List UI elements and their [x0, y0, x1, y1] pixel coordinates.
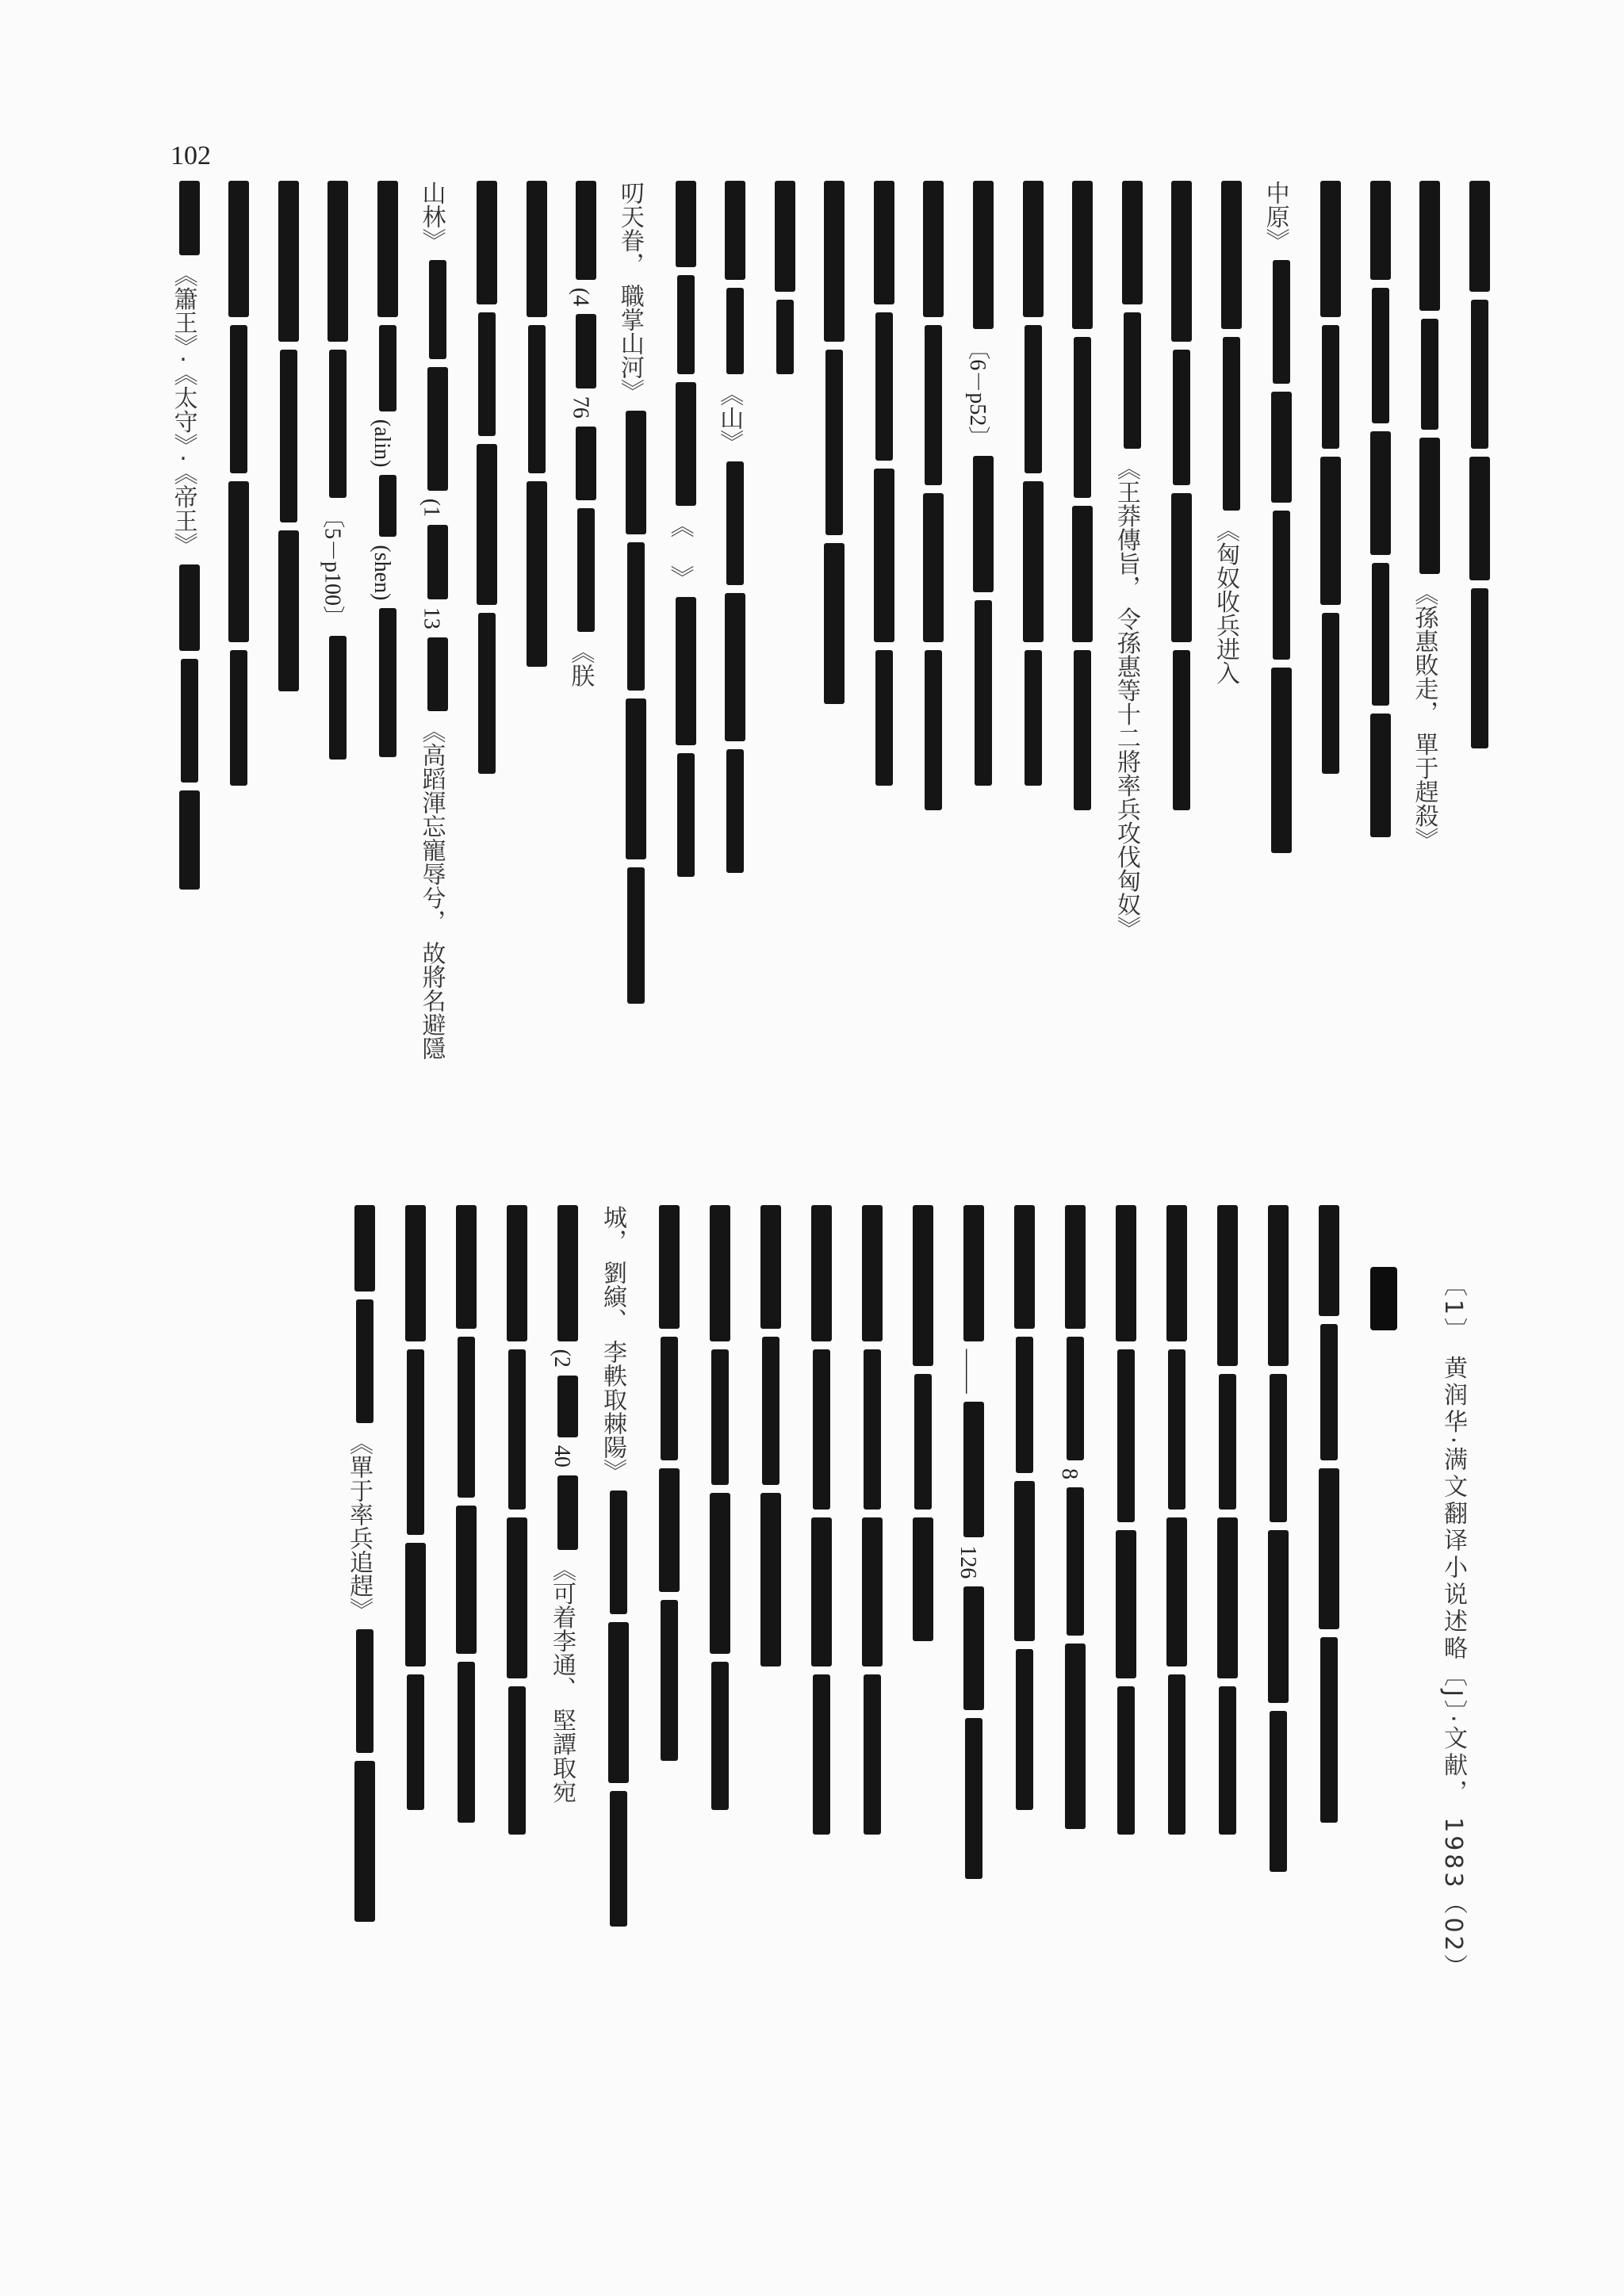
bottom-column — [485, 1205, 536, 2196]
mongolian-word-run — [179, 181, 200, 255]
mongolian-word-run — [1419, 438, 1440, 574]
mongolian-word-run — [230, 650, 247, 786]
chinese-quotation: 《山》 — [715, 382, 743, 453]
bottom-column — [384, 1205, 435, 2196]
citation-number: —— — [956, 1349, 980, 1394]
top-column — [853, 181, 903, 1164]
mongolian-word-run — [862, 1205, 883, 1341]
mongolian-word-run — [478, 312, 496, 436]
mongolian-word-run — [1023, 181, 1044, 317]
mongolian-word-run — [528, 325, 546, 473]
citation-number: (alin) — [370, 419, 394, 468]
mongolian-word-run — [1067, 1337, 1084, 1460]
bottom-column — [993, 1205, 1044, 2196]
chinese-quotation: 叨天眷， — [616, 181, 644, 276]
mongolian-word-run — [278, 181, 299, 342]
top-column: 《匈奴收兵进入 — [1201, 181, 1251, 1164]
mongolian-word-run — [925, 650, 942, 811]
mongolian-word-run — [280, 350, 297, 522]
mongolian-word-run — [179, 790, 200, 890]
mongolian-word-run — [775, 181, 795, 292]
mongolian-word-run — [760, 1493, 781, 1666]
mongolian-word-run — [507, 1205, 527, 1341]
mongolian-word-run — [1469, 181, 1490, 292]
mongolian-word-run — [1219, 1686, 1236, 1835]
mongolian-word-run — [508, 1349, 526, 1510]
mongolian-word-run — [864, 1349, 881, 1510]
chinese-quotation: 《 》 — [666, 514, 694, 589]
bottom-column — [1145, 1205, 1196, 2196]
mongolian-word-run — [1319, 1205, 1339, 1316]
top-column: 《山》 — [705, 181, 755, 1164]
mongolian-word-run — [1219, 1374, 1236, 1510]
reference-text: 黄润华·满文翻译小说述略〔J〕·文献， — [1439, 1356, 1467, 1807]
mongolian-word-run — [576, 314, 596, 388]
mongolian-word-run — [356, 1299, 373, 1423]
citation-number: 8 — [1057, 1468, 1082, 1479]
mongolian-word-run — [181, 659, 198, 783]
mongolian-word-run — [527, 481, 547, 667]
mongolian-word-run — [1171, 181, 1192, 342]
mongolian-word-run — [1270, 1711, 1287, 1872]
top-column — [804, 181, 854, 1164]
chinese-quotation: 山林》 — [418, 181, 446, 252]
top-column — [1300, 181, 1350, 1164]
mongolian-word-run — [379, 608, 396, 756]
citation-number: (4 — [568, 288, 592, 306]
mongolian-word-run — [610, 1791, 627, 1927]
chinese-quotation: 城， — [599, 1205, 626, 1253]
top-column: 《王莽傳旨，令孫惠等十二將率兵攻伐匈奴》 — [1101, 181, 1151, 1164]
mongolian-word-run — [874, 181, 894, 304]
chinese-quotation: 劉縯、 — [599, 1261, 626, 1332]
mongolian-word-run — [1168, 1349, 1185, 1510]
mongolian-word-run — [726, 461, 744, 585]
chinese-quotation: 故將名避隱 — [418, 941, 446, 1060]
mongolian-word-run — [1168, 1674, 1185, 1835]
mongolian-word-run — [874, 469, 894, 641]
mongolian-word-run — [478, 613, 496, 774]
mongolian-word-run — [1370, 181, 1391, 280]
chinese-quotation: 《王莽傳旨， — [1113, 457, 1140, 599]
mongolian-word-run — [913, 1517, 933, 1641]
mongolian-word-run — [875, 650, 893, 786]
mongolian-word-run — [1320, 1637, 1338, 1823]
mongolian-word-run — [456, 1205, 477, 1329]
top-column — [754, 181, 804, 1164]
mongolian-word-run — [1419, 181, 1440, 311]
bottom-column — [688, 1205, 739, 2196]
mongolian-word-run — [626, 698, 646, 859]
mongolian-word-run — [379, 325, 396, 411]
mongolian-word-run — [1166, 1517, 1187, 1666]
top-column — [1002, 181, 1052, 1164]
mongolian-word-run — [726, 288, 744, 374]
mongolian-word-run — [1217, 1205, 1238, 1366]
mongolian-word-run — [1016, 1337, 1033, 1473]
mongolian-word-run — [726, 749, 744, 873]
mongolian-word-run — [1273, 511, 1290, 659]
top-column — [209, 181, 259, 1164]
mongolian-word-run — [429, 260, 446, 359]
mongolian-word-run — [923, 181, 944, 317]
mongolian-word-run — [711, 1349, 729, 1486]
bottom-column: 城，劉縯、李軼取棘陽》 — [587, 1205, 638, 2196]
top-column: 〔6－p52〕 — [952, 181, 1002, 1164]
mongolian-word-run — [1166, 1205, 1187, 1341]
mongolian-word-run — [627, 542, 645, 691]
mongolian-word-run — [576, 181, 596, 280]
mongolian-word-run — [427, 367, 448, 491]
mongolian-word-run — [1065, 1644, 1086, 1829]
mongolian-word-run — [179, 564, 200, 651]
top-column: (476《朕 — [556, 181, 606, 1164]
mongolian-word-run — [973, 456, 994, 592]
mongolian-word-run — [725, 593, 745, 741]
references-heading — [1370, 1267, 1397, 1330]
mongolian-word-run — [354, 1761, 375, 1922]
mongolian-word-run — [925, 325, 942, 486]
mongolian-word-run — [1370, 431, 1391, 555]
mongolian-word-run — [659, 1205, 680, 1329]
mongolian-word-run — [230, 325, 247, 473]
bottom-column — [790, 1205, 841, 2196]
mongolian-word-run — [813, 1674, 830, 1835]
mongolian-word-run — [824, 181, 845, 342]
chinese-quotation: 《孫惠敗走， — [1410, 582, 1438, 725]
mongolian-word-run — [1067, 1487, 1084, 1636]
mongolian-word-run — [677, 753, 695, 877]
mongolian-word-run — [811, 1205, 832, 1341]
mongolian-word-run — [914, 1374, 932, 1510]
mongolian-word-run — [327, 181, 348, 342]
mongolian-word-run — [1322, 613, 1339, 774]
top-column — [506, 181, 556, 1164]
mongolian-word-run — [407, 1674, 424, 1811]
mongolian-word-run — [1271, 392, 1292, 503]
top-column — [258, 181, 308, 1164]
top-column — [903, 181, 953, 1164]
mongolian-word-run — [1124, 312, 1141, 449]
mongolian-word-run — [354, 1205, 375, 1291]
mongolian-word-run — [710, 1493, 730, 1654]
mongolian-word-run — [557, 1376, 578, 1437]
bottom-column — [739, 1205, 790, 2196]
mongolian-word-run — [676, 181, 696, 267]
mongolian-word-run — [1270, 1374, 1287, 1522]
bottom-column — [1094, 1205, 1145, 2196]
mongolian-word-run — [973, 181, 994, 329]
mongolian-word-run — [608, 1622, 629, 1783]
top-column: 叨天眷，職掌山河》 — [605, 181, 655, 1164]
mongolian-word-run — [676, 382, 696, 506]
mongolian-word-run — [610, 1490, 627, 1614]
bottom-column — [891, 1205, 942, 2196]
mongolian-word-run — [1370, 714, 1391, 837]
mongolian-word-run — [965, 1718, 982, 1879]
bottom-column: (240《可着李通、堅譚取宛 — [536, 1205, 587, 2196]
mongolian-word-run — [508, 1686, 526, 1835]
mongolian-word-run — [661, 1337, 678, 1460]
mongolian-word-run — [377, 181, 398, 317]
mongolian-word-run — [677, 275, 695, 374]
mongolian-word-run — [458, 1337, 475, 1498]
mongolian-word-run — [456, 1506, 477, 1654]
mongolian-word-run — [725, 181, 745, 280]
mongolian-word-run — [1065, 1205, 1086, 1329]
top-column — [1052, 181, 1102, 1164]
mongolian-word-run — [1372, 563, 1389, 705]
mongolian-word-run — [1074, 650, 1091, 811]
mongolian-word-run — [676, 597, 696, 745]
mongolian-word-run — [1173, 650, 1190, 811]
mongolian-word-run — [710, 1205, 730, 1341]
chinese-quotation: 《高蹈渾忘寵辱兮， — [418, 719, 446, 933]
bottom-column — [435, 1205, 485, 2196]
top-column: 《孫惠敗走，單于趕殺》 — [1400, 181, 1450, 1164]
mongolian-word-run — [825, 350, 843, 535]
top-column — [1151, 181, 1201, 1164]
mongolian-word-run — [1273, 260, 1290, 384]
bottom-column: ——126 — [942, 1205, 993, 2196]
mongolian-word-run — [1072, 181, 1093, 329]
mongolian-word-run — [329, 636, 347, 760]
mongolian-word-run — [1116, 1205, 1136, 1341]
mongolian-word-run — [458, 1662, 475, 1823]
mongolian-word-run — [1016, 1649, 1033, 1810]
mongolian-word-run — [1469, 457, 1490, 580]
mongolian-word-run — [864, 1674, 881, 1835]
mongolian-word-run — [576, 427, 596, 501]
mongolian-word-run — [1268, 1530, 1289, 1703]
top-column: 《簫王》·《太守》·《帝王》 — [159, 181, 209, 1164]
top-column: (alin)(shen) — [357, 181, 407, 1164]
chinese-quotation: 中原》 — [1262, 181, 1289, 252]
chinese-quotation: 《簫王》·《太守》·《帝王》 — [170, 263, 197, 557]
citation-number: (shen) — [370, 545, 394, 600]
mongolian-word-run — [557, 1205, 578, 1341]
chinese-quotation: 堅譚取宛 — [548, 1709, 576, 1804]
mongolian-word-run — [1271, 668, 1292, 853]
mongolian-word-run — [356, 1629, 373, 1753]
mongolian-word-run — [1116, 1530, 1136, 1678]
mongolian-word-run — [477, 181, 497, 304]
mongolian-word-run — [1372, 288, 1389, 424]
mongolian-word-run — [1221, 181, 1242, 329]
page-number: 102 — [170, 141, 211, 171]
chinese-quotation: 李軼取棘陽》 — [599, 1340, 626, 1483]
bottom-column — [1247, 1205, 1297, 2196]
mongolian-word-run — [1014, 1481, 1035, 1642]
mongolian-word-run — [1421, 319, 1438, 430]
chinese-quotation: 令孫惠等十二將率兵攻伐匈奴》 — [1113, 607, 1140, 940]
reference-item-1: 〔1〕 黄润华·满文翻译小说述略〔J〕·文献， 1983（02） — [1435, 1272, 1470, 1981]
mongolian-word-run — [1471, 300, 1488, 448]
bottom-text-block: 8——126城，劉縯、李軼取棘陽》(240《可着李通、堅譚取宛《單于率兵追趕》 — [159, 1205, 1348, 2196]
mongolian-word-run — [811, 1517, 832, 1666]
mongolian-word-run — [711, 1662, 729, 1810]
top-column: 中原》 — [1251, 181, 1300, 1164]
citation-number: 126 — [956, 1545, 980, 1578]
mongolian-word-run — [824, 543, 845, 704]
mongolian-word-run — [661, 1600, 678, 1761]
mongolian-word-run — [1117, 1686, 1135, 1835]
mongolian-word-run — [1322, 325, 1339, 449]
mongolian-word-run — [228, 481, 249, 642]
mongolian-word-run — [477, 444, 497, 605]
chinese-quotation: 職掌山河》 — [616, 284, 644, 403]
mongolian-word-run — [577, 508, 595, 632]
mongolian-word-run — [760, 1205, 781, 1329]
top-column: 山林》(113《高蹈渾忘寵辱兮，故將名避隱 — [407, 181, 457, 1164]
citation-number: 〔6－p52〕 — [965, 337, 990, 448]
citation-number: 〔5－p100〕 — [320, 506, 344, 628]
mongolian-word-run — [1268, 1205, 1289, 1366]
mongolian-word-run — [1074, 337, 1091, 498]
mongolian-word-run — [762, 1337, 779, 1485]
citation-number: 40 — [550, 1445, 574, 1468]
citation-number: 13 — [419, 607, 444, 629]
mongolian-word-run — [507, 1517, 527, 1678]
mongolian-word-run — [1320, 457, 1341, 605]
mongolian-word-run — [527, 181, 547, 317]
citation-number: (2 — [550, 1349, 574, 1368]
mongolian-word-run — [963, 1402, 984, 1538]
mongolian-word-run — [228, 181, 249, 317]
bottom-column — [638, 1205, 688, 2196]
top-column: 《 》 — [655, 181, 705, 1164]
chinese-quotation: 《匈奴收兵进入 — [1212, 519, 1239, 685]
mongolian-word-run — [776, 300, 794, 374]
citation-number: 76 — [568, 396, 592, 419]
mongolian-word-run — [1122, 181, 1143, 304]
mongolian-word-run — [427, 637, 448, 712]
bottom-column — [1297, 1205, 1348, 2196]
mongolian-word-run — [1173, 350, 1190, 486]
mongolian-word-run — [407, 1349, 424, 1535]
mongolian-word-run — [913, 1205, 933, 1366]
top-column — [1449, 181, 1499, 1164]
mongolian-word-run — [1117, 1349, 1135, 1522]
mongolian-word-run — [1223, 337, 1240, 510]
bottom-column: 8 — [1044, 1205, 1094, 2196]
bottom-column — [841, 1205, 891, 2196]
mongolian-word-run — [379, 475, 396, 537]
mongolian-word-run — [427, 525, 448, 599]
top-column — [1350, 181, 1400, 1164]
mongolian-word-run — [405, 1205, 426, 1341]
chinese-quotation: 《可着李通、 — [548, 1558, 576, 1701]
mongolian-word-run — [557, 1475, 578, 1550]
mongolian-word-run — [1072, 506, 1093, 642]
top-text-block: 《孫惠敗走，單于趕殺》中原》《匈奴收兵进入《王莽傳旨，令孫惠等十二將率兵攻伐匈奴… — [159, 181, 1499, 1164]
mongolian-word-run — [1025, 325, 1042, 473]
bottom-column — [1196, 1205, 1247, 2196]
mongolian-word-run — [975, 600, 992, 786]
mongolian-word-run — [923, 493, 944, 641]
mongolian-word-run — [278, 530, 299, 691]
citation-number: (1 — [419, 499, 444, 517]
mongolian-word-run — [1320, 181, 1341, 317]
mongolian-word-run — [963, 1205, 984, 1341]
mongolian-word-run — [862, 1517, 883, 1666]
mongolian-word-run — [1025, 650, 1042, 786]
chinese-quotation: 《朕 — [566, 640, 594, 687]
chinese-quotation: 《單于率兵追趕》 — [345, 1431, 373, 1621]
mongolian-word-run — [1014, 1205, 1035, 1329]
mongolian-word-run — [875, 312, 893, 461]
reference-year: 1983（02） — [1439, 1817, 1467, 1981]
top-column: 〔5－p100〕 — [308, 181, 358, 1164]
mongolian-word-run — [1171, 493, 1192, 641]
chinese-quotation: 單于趕殺》 — [1410, 733, 1438, 851]
mongolian-word-run — [627, 867, 645, 1004]
mongolian-word-run — [963, 1586, 984, 1710]
mongolian-word-run — [329, 350, 347, 498]
mongolian-word-run — [813, 1349, 830, 1510]
reference-bracket: 〔1〕 — [1439, 1272, 1467, 1345]
top-column — [457, 181, 507, 1164]
mongolian-word-run — [1320, 1324, 1338, 1460]
mongolian-word-run — [1471, 588, 1488, 749]
mongolian-word-run — [1217, 1517, 1238, 1678]
bottom-column: 《單于率兵追趕》 — [333, 1205, 384, 2196]
mongolian-word-run — [1023, 481, 1044, 642]
mongolian-word-run — [626, 411, 646, 534]
mongolian-word-run — [405, 1543, 426, 1667]
mongolian-word-run — [659, 1468, 680, 1592]
mongolian-word-run — [1319, 1468, 1339, 1629]
